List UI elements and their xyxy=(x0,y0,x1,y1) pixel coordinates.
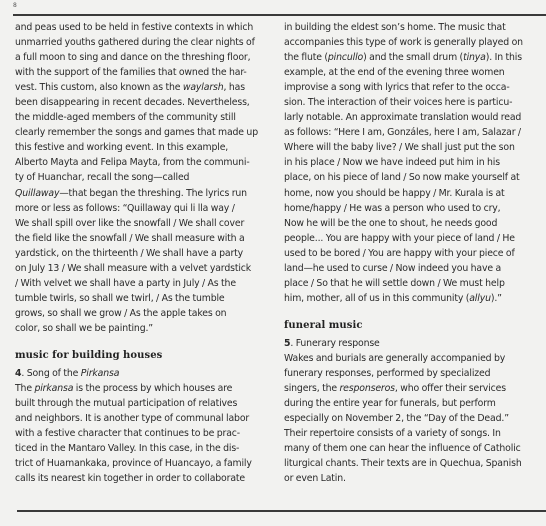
text-line: unmarried youths gathered during the cle… xyxy=(15,35,273,50)
text-line: home, now you should be happy / Mr. Kura… xyxy=(284,186,544,201)
text-line: Now he will be the one to shout, he need… xyxy=(284,216,544,231)
text-line: many of them one can hear the influence … xyxy=(284,441,544,456)
italic-term: Quillaway xyxy=(15,188,59,199)
text-line: funerary responses, performed by special… xyxy=(284,366,544,381)
text-line: as follows: “Here I am, Gonzáles, here I… xyxy=(284,125,544,140)
text-line: with a festive character that continues … xyxy=(15,426,273,441)
text-line: and peas used to be held in festive cont… xyxy=(15,20,273,35)
left-paragraph-2: The pirkansa is the process by which hou… xyxy=(15,381,273,486)
text-line: this festive and working event. In this … xyxy=(15,140,273,155)
text-line: land—he used to curse / Now indeed you h… xyxy=(284,261,544,276)
text-line: calls its nearest kin together in order … xyxy=(15,471,273,486)
right-column: in building the eldest son’s home. The m… xyxy=(284,20,544,486)
left-paragraph-1: and peas used to be held in festive cont… xyxy=(15,20,273,336)
text-line: place, on his piece of land / So now mak… xyxy=(284,170,544,185)
text-line: used to be bored / You are happy with yo… xyxy=(284,246,544,261)
text-line: Where will the baby live? / We shall jus… xyxy=(284,140,544,155)
left-column: and peas used to be held in festive cont… xyxy=(15,20,273,486)
text-line: clearly remember the songs and games tha… xyxy=(15,125,273,140)
text-line: liturgical chants. Their texts are in Qu… xyxy=(284,456,544,471)
item-title-text: . Song of the xyxy=(21,368,80,379)
item-title-italic: Pirkansa xyxy=(81,368,120,379)
text-line: been disappearing in recent decades. Nev… xyxy=(15,95,273,110)
text-line: during the entire year for funerals, but… xyxy=(284,396,544,411)
text-line: / With velvet we shall have a party in J… xyxy=(15,276,273,291)
item-title-4: 4. Song of the Pirkansa xyxy=(15,366,273,381)
text-line: the middle-aged members of the community… xyxy=(15,110,273,125)
text-line: in building the eldest son’s home. The m… xyxy=(284,20,544,35)
text-line: place / So that he will settle down / We… xyxy=(284,276,544,291)
italic-term: responseros xyxy=(339,383,394,394)
section-heading-funeral-music: funeral music xyxy=(284,318,544,333)
text-line: Quillaway—that began the threshing. The … xyxy=(15,186,273,201)
italic-term: pirkansa xyxy=(34,383,73,394)
page-number: 8 xyxy=(13,2,17,9)
text-line: Alberto Mayta and Felipa Mayta, from the… xyxy=(15,155,273,170)
right-paragraph-2: Wakes and burials are generally accompan… xyxy=(284,351,544,486)
italic-term: pincullo xyxy=(328,52,363,63)
text-line: The pirkansa is the process by which hou… xyxy=(15,381,273,396)
italic-term: tinya xyxy=(463,52,486,63)
bottom-rule xyxy=(17,510,546,512)
text-line: larly notable. An approximate translatio… xyxy=(284,110,544,125)
text-line: singers, the responseros, who offer thei… xyxy=(284,381,544,396)
text-line: Their repertoire consists of a variety o… xyxy=(284,426,544,441)
text-line: vest. This custom, also known as the way… xyxy=(15,80,273,95)
text-line: more or less as follows: “Quillaway qui … xyxy=(15,201,273,216)
text-line: the flute (pincullo) and the small drum … xyxy=(284,50,544,65)
text-line: color, so shall we be painting.” xyxy=(15,321,273,336)
text-line: with the support of the families that ow… xyxy=(15,65,273,80)
text-line: home/happy / He was a person who used to… xyxy=(284,201,544,216)
right-paragraph-1: in building the eldest son’s home. The m… xyxy=(284,20,544,306)
text-line: sion. The interaction of their voices he… xyxy=(284,95,544,110)
text-line: the field like the snowfall / We shall m… xyxy=(15,231,273,246)
text-line: tumble twirls, so shall we twirl, / As t… xyxy=(15,291,273,306)
text-line: and neighbors. It is another type of com… xyxy=(15,411,273,426)
text-line: ticed in the Mantaro Valley. In this cas… xyxy=(15,441,273,456)
text-line: ty of Huanchar, recall the song—called xyxy=(15,170,273,185)
text-line: grows, so shall we grow / As the apple t… xyxy=(15,306,273,321)
text-line: example, at the end of the evening three… xyxy=(284,65,544,80)
item-title-5: 5. Funerary response xyxy=(284,336,544,351)
text-line: him, mother, all of us in this community… xyxy=(284,291,544,306)
text-line: a full moon to sing and dance on the thr… xyxy=(15,50,273,65)
section-heading-building-houses: music for building houses xyxy=(15,348,273,363)
text-line: people... You are happy with your piece … xyxy=(284,231,544,246)
text-line: Wakes and burials are generally accompan… xyxy=(284,351,544,366)
top-rule xyxy=(13,14,546,16)
italic-term: waylarsh xyxy=(183,82,224,93)
text-line: or even Latin. xyxy=(284,471,544,486)
text-line: yardstick, on the thirteenth / We shall … xyxy=(15,246,273,261)
text-line: in his place / Now we have indeed put hi… xyxy=(284,155,544,170)
italic-term: allyu xyxy=(469,293,491,304)
text-line: accompanies this type of work is general… xyxy=(284,35,544,50)
text-line: trict of Huamankaka, province of Huancay… xyxy=(15,456,273,471)
text-line: especially on November 2, the “Day of th… xyxy=(284,411,544,426)
text-line: on July 13 / We shall measure with a vel… xyxy=(15,261,273,276)
item-title-text: . Funerary response xyxy=(290,338,379,349)
text-line: improvise a song with lyrics that refer … xyxy=(284,80,544,95)
text-line: built through the mutual participation o… xyxy=(15,396,273,411)
text-line: We shall spill over like the snowfall / … xyxy=(15,216,273,231)
